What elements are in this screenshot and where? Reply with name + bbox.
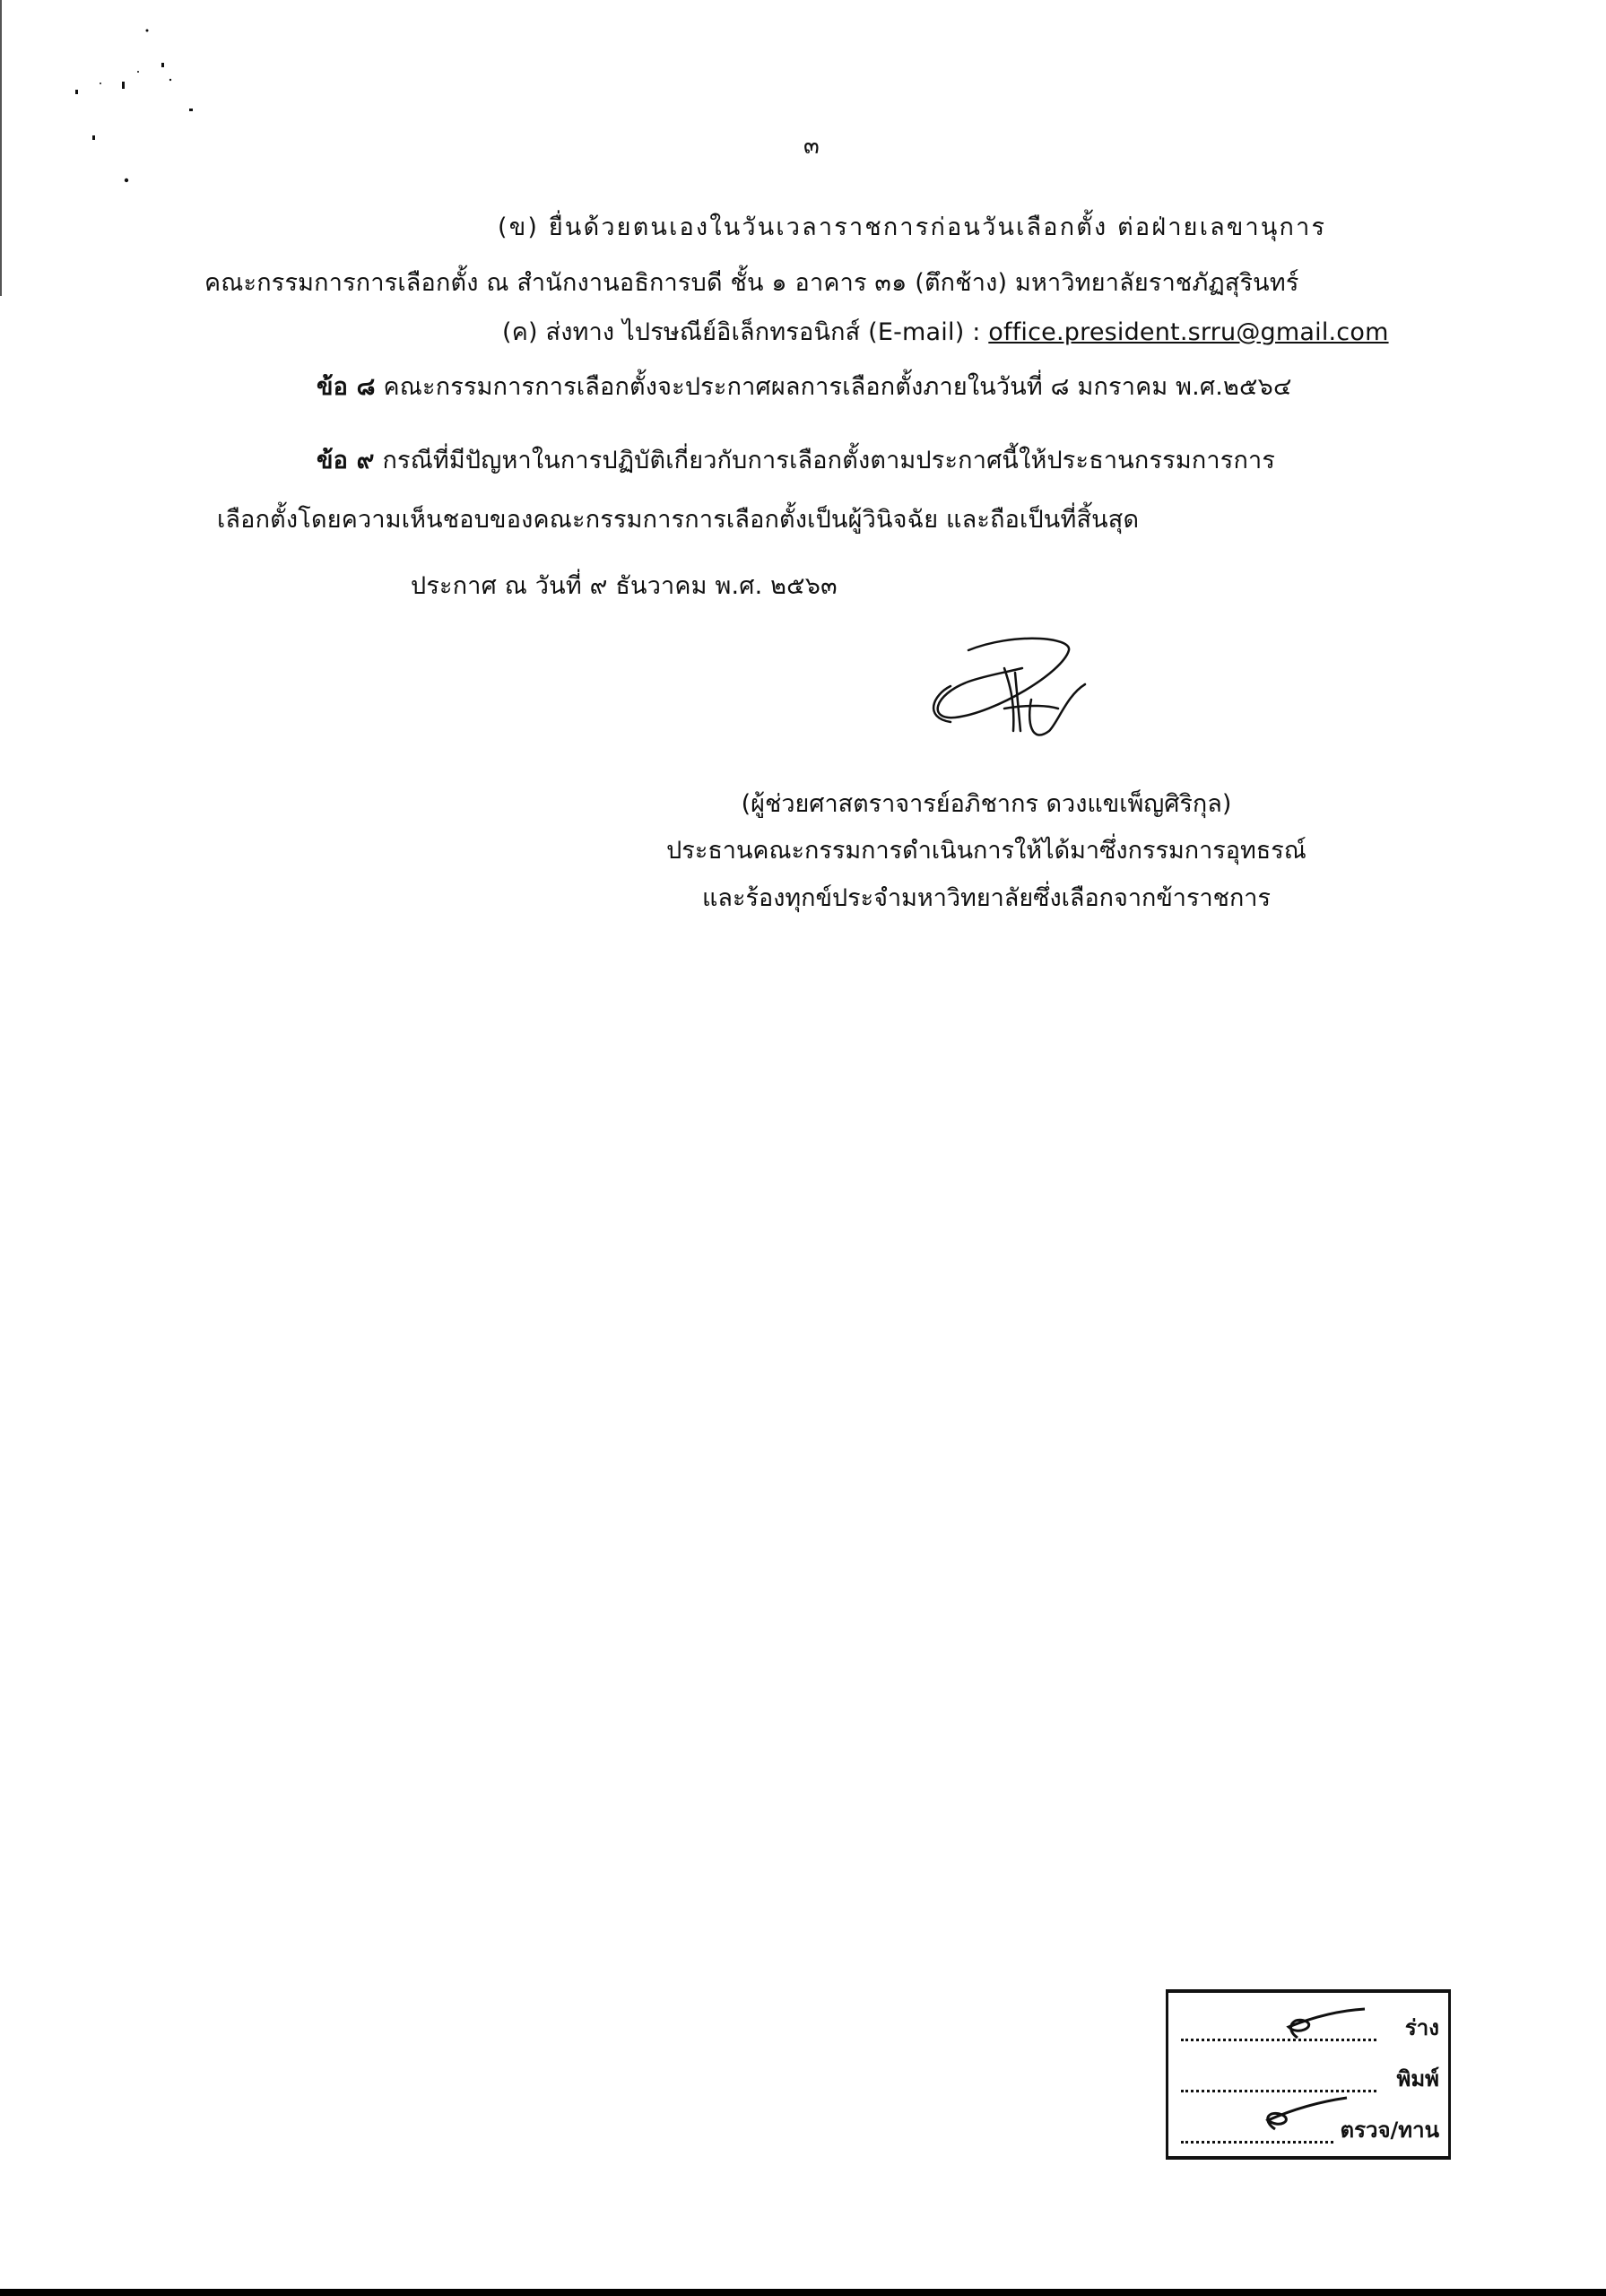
stamp-label-draft: ร่าง [1405, 2010, 1439, 2045]
clause-kho-line1: (ข) ยื่นด้วยตนเองในวันเวลาราชการก่อนวันเ… [498, 215, 1326, 239]
clause-8-text: คณะกรรมการการเลือกตั้งจะประกาศผลการเลือก… [376, 373, 1292, 401]
initial-mark [1280, 2002, 1378, 2042]
announce-date: ประกาศ ณ วันที่ ๙ ธันวาคม พ.ศ. ๒๕๖๓ [411, 574, 838, 598]
stamp-row-check: ตรวจ/ทาน [1181, 2111, 1439, 2147]
signature [915, 632, 1103, 749]
signer-title-line1: ประธานคณะกรรมการดำเนินการให้ได้มาซึ่งกรร… [628, 839, 1345, 863]
stamp-row-print: พิมพ์ [1181, 2060, 1439, 2096]
scan-bottom-edge [0, 2289, 1606, 2296]
approval-stamp-box: ร่าง พิมพ์ ตรวจ/ทาน [1166, 1989, 1451, 2160]
clause-9-line1: ข้อ ๙ กรณีที่มีปัญหาในการปฏิบัติเกี่ยวกั… [317, 448, 1275, 473]
clause-kho-c: (ค) ส่งทาง ไปรษณีย์อิเล็กทรอนิกส์ (E-mai… [502, 320, 1389, 344]
signer-name: (ผู้ช่วยศาสตราจารย์อภิชากร ดวงแขเพ็ญศิริ… [628, 792, 1345, 816]
signer-title-line2: และร้องทุกข์ประจำมหาวิทยาลัยซึ่งเลือกจาก… [628, 886, 1345, 910]
stamp-dotted-line [1181, 2141, 1333, 2144]
clause-kho-c-text: (ค) ส่งทาง ไปรษณีย์อิเล็กทรอนิกส์ (E-mai… [502, 318, 988, 346]
page-number: ๓ [803, 127, 820, 164]
stamp-dotted-line [1181, 2090, 1376, 2092]
stamp-label-check: ตรวจ/ทาน [1341, 2112, 1439, 2147]
clause-9-line2: เลือกตั้งโดยความเห็นชอบของคณะกรรมการการเ… [217, 508, 1139, 532]
email-link[interactable]: office.president.srru@gmail.com [988, 318, 1388, 346]
clause-kho-line2: คณะกรรมการการเลือกตั้ง ณ สำนักงานอธิการบ… [204, 271, 1299, 295]
stamp-row-draft: ร่าง [1181, 2009, 1439, 2045]
clause-8: ข้อ ๘ คณะกรรมการการเลือกตั้งจะประกาศผลกา… [317, 375, 1292, 399]
clause-8-label: ข้อ ๘ [317, 373, 376, 401]
stamp-label-print: พิมพ์ [1397, 2061, 1439, 2096]
clause-9-label: ข้อ ๙ [317, 447, 375, 474]
clause-9-text: กรณีที่มีปัญหาในการปฏิบัติเกี่ยวกับการเล… [375, 447, 1275, 474]
scan-specks [0, 0, 269, 197]
